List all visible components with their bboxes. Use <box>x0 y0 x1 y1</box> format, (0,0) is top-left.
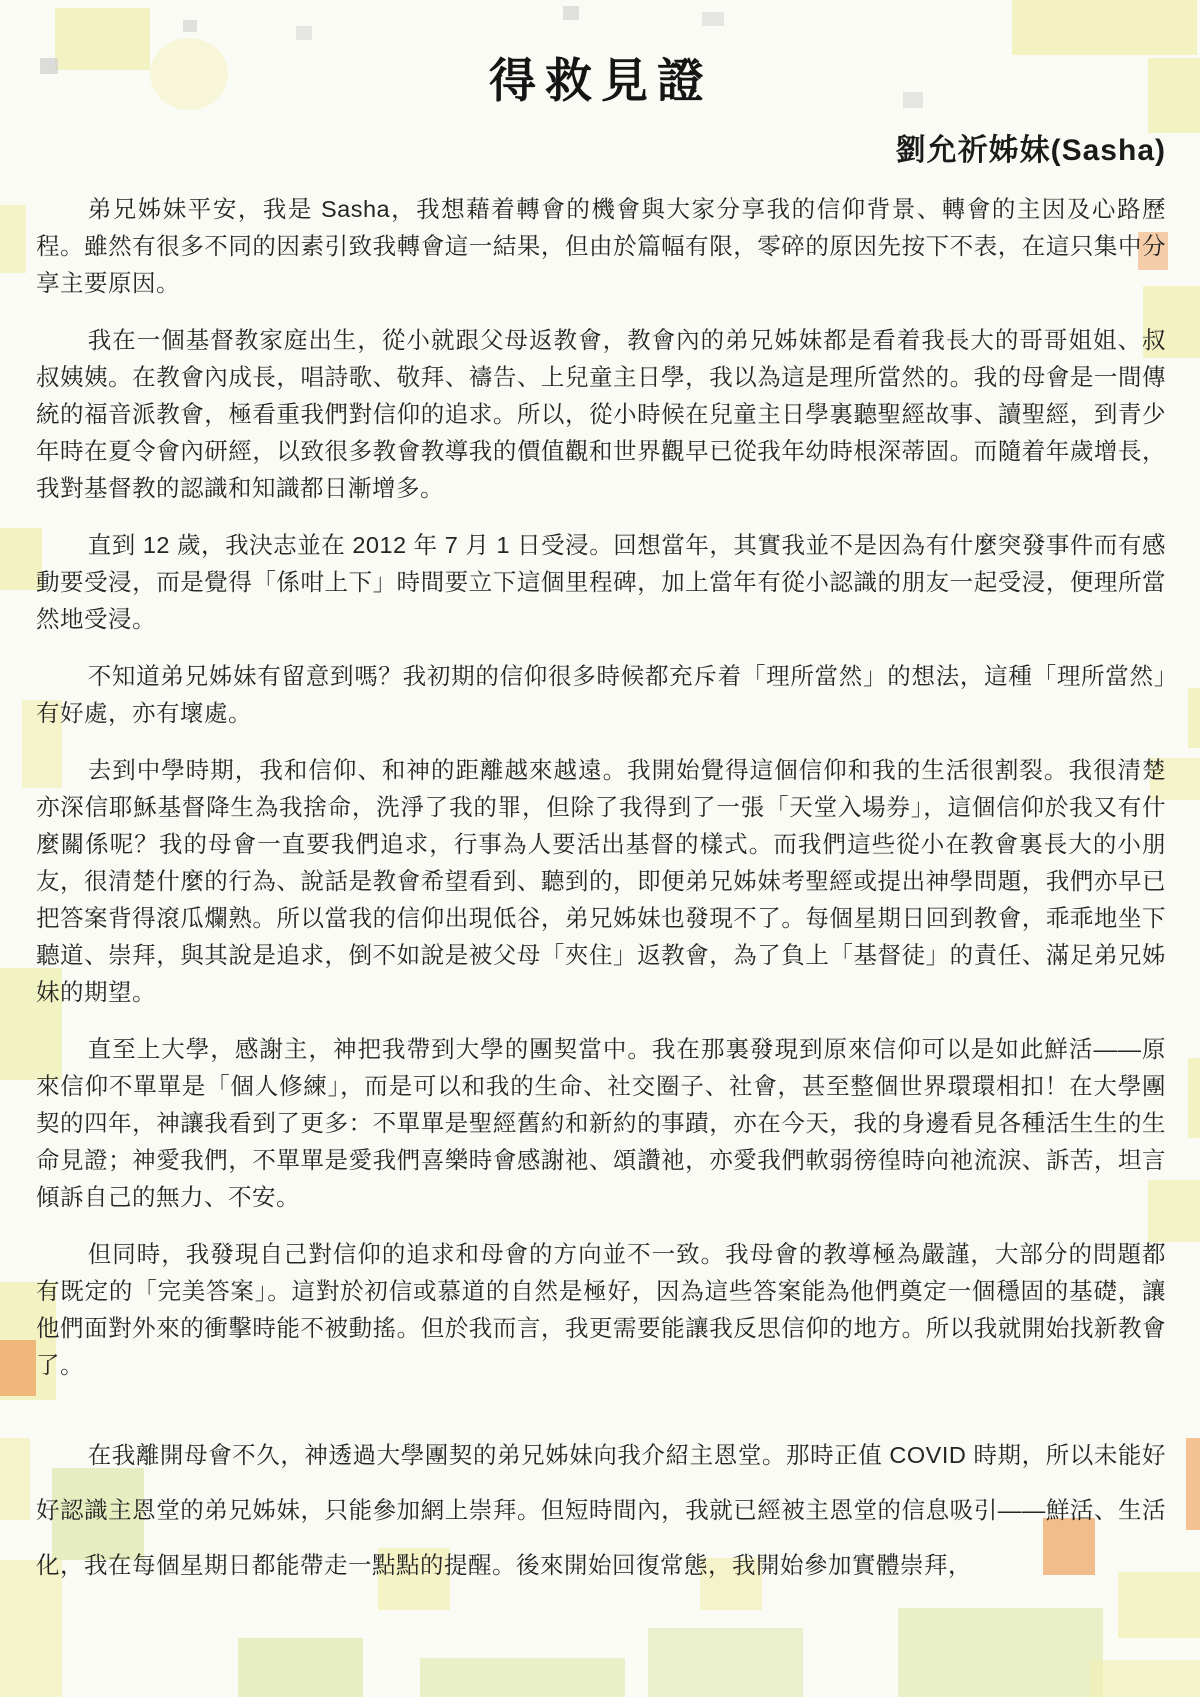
scan-artifact <box>648 1628 803 1697</box>
scan-artifact <box>238 1638 363 1697</box>
scan-artifact <box>420 1658 625 1697</box>
scan-artifact <box>1188 688 1200 748</box>
scan-artifact <box>1090 1660 1200 1697</box>
scan-artifact <box>1188 1058 1200 1138</box>
document-title: 得救見證 <box>36 44 1166 111</box>
paragraph-new-church: 在我離開母會不久，神透過大學團契的弟兄姊妹向我介紹主恩堂。那時正值 COVID … <box>36 1428 1166 1593</box>
paragraph-taken-for-granted: 不知道弟兄姊妹有留意到嗎？我初期的信仰很多時候都充斥着「理所當然」的想法，這種「… <box>36 658 1166 732</box>
paragraph-childhood: 我在一個基督教家庭出生，從小就跟父母返教會，教會內的弟兄姊妹都是看着我長大的哥哥… <box>36 322 1166 507</box>
scan-artifact <box>702 12 724 26</box>
paragraph-intro: 弟兄姊妹平安，我是 Sasha，我想藉着轉會的機會與大家分享我的信仰背景、轉會的… <box>36 191 1166 302</box>
scan-artifact <box>1186 1438 1200 1530</box>
scan-artifact <box>0 1438 30 1520</box>
document-content: 得救見證 劉允祈姊妹(Sasha) 弟兄姊妹平安，我是 Sasha，我想藉着轉會… <box>36 44 1166 1593</box>
paragraph-university: 直至上大學，感謝主，神把我帶到大學的團契當中。我在那裏發現到原來信仰可以是如此鮮… <box>36 1031 1166 1216</box>
document-body: 弟兄姊妹平安，我是 Sasha，我想藉着轉會的機會與大家分享我的信仰背景、轉會的… <box>36 191 1166 1593</box>
paragraph-baptism: 直到 12 歲，我決志並在 2012 年 7 月 1 日受浸。回想當年，其實我並… <box>36 527 1166 638</box>
scan-artifact <box>563 6 579 20</box>
scan-artifact <box>0 1340 36 1396</box>
scanned-page: 得救見證 劉允祈姊妹(Sasha) 弟兄姊妹平安，我是 Sasha，我想藉着轉會… <box>0 0 1200 1697</box>
scan-artifact <box>183 20 197 32</box>
author-line: 劉允祈姊妹(Sasha) <box>36 125 1166 169</box>
paragraph-direction: 但同時，我發現自己對信仰的追求和母會的方向並不一致。我母會的教導極為嚴謹，大部分… <box>36 1236 1166 1384</box>
paragraph-secondary-school: 去到中學時期，我和信仰、和神的距離越來越遠。我開始覺得這個信仰和我的生活很割裂。… <box>36 752 1166 1011</box>
scan-artifact <box>898 1608 1103 1697</box>
scan-artifact <box>0 205 26 273</box>
scan-artifact <box>296 26 312 40</box>
